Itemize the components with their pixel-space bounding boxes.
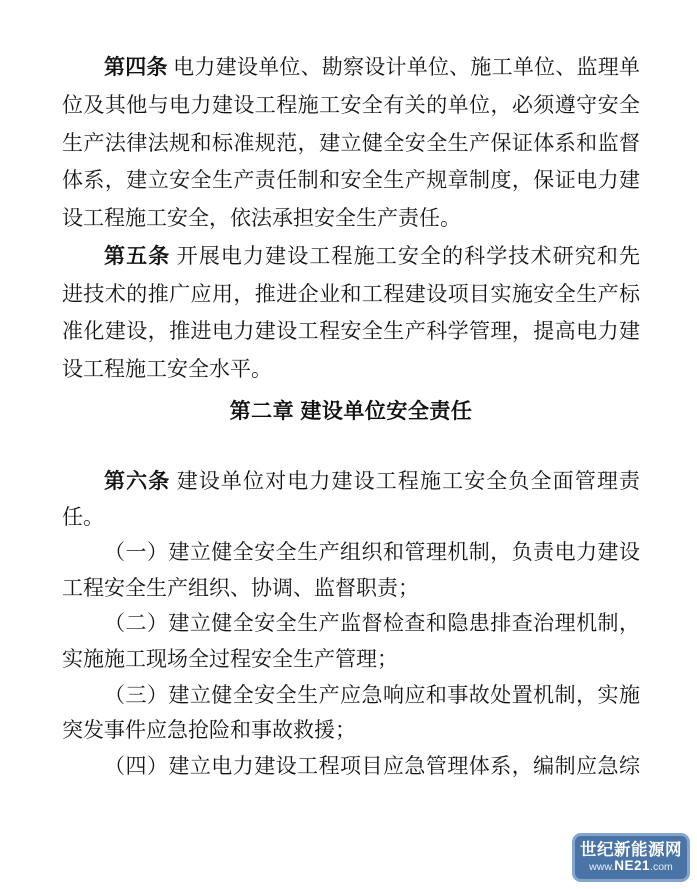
watermark-url-tld: .com [650,861,673,874]
text-line: 第五条 开展电力建设工程施工安全的科学技术研究和先 [62,238,640,276]
chapter-heading: 第二章 建设单位安全责任 [62,393,640,431]
watermark-url-name: NE21 [614,859,650,872]
document-page: 第四条 电力建设单位、勘察设计单位、施工单位、监理单位及其他与电力建设工程施工安… [0,0,697,889]
text-line: 设工程施工安全，依法承担安全生产责任。 [62,200,640,238]
text-line: （三）建立健全安全生产应急响应和事故处置机制，实施 [62,678,640,714]
text-line: 第六条 建设单位对电力建设工程施工安全负全面管理责 [62,464,640,500]
text-line: 进技术的推广应用，推进企业和工程建设项目实施安全生产标 [62,276,640,314]
article-number-label: 第五条 [104,245,170,268]
watermark-url: www.NE21.com [589,859,673,874]
text-line: （一）建立健全安全生产组织和管理机制，负责电力建设 [62,535,640,571]
article-number-label: 第四条 [104,56,168,79]
text-line: 实施施工现场全过程安全生产管理； [62,642,640,678]
text-line: 设工程施工安全水平。 [62,351,640,389]
text-line: 生产法律法规和标准规范，建立健全安全生产保证体系和监督 [62,125,640,163]
text-line: 第四条 电力建设单位、勘察设计单位、施工单位、监理单 [62,49,640,87]
text-line: 准化建设，推进电力建设工程安全生产科学管理，提高电力建 [62,313,640,351]
document-section-general: 第四条 电力建设单位、勘察设计单位、施工单位、监理单位及其他与电力建设工程施工安… [62,49,640,389]
text-line: 突发事件应急抢险和事故救援； [62,713,640,749]
text-line: 体系，建立安全生产责任制和安全生产规章制度，保证电力建 [62,162,640,200]
text-line: （四）建立电力建设工程项目应急管理体系，编制应急综 [62,749,640,785]
watermark-site-name: 世纪新能源网 [580,841,682,859]
text-line: 位及其他与电力建设工程施工安全有关的单位，必须遵守安全 [62,87,640,125]
document-section-chapter2: 第六条 建设单位对电力建设工程施工安全负全面管理责任。（一）建立健全安全生产组织… [62,464,640,784]
ne21-watermark-logo: 世纪新能源网 www.NE21.com [572,833,690,882]
text-line: （二）建立健全安全生产监督检查和隐患排查治理机制， [62,606,640,642]
article-number-label: 第六条 [104,470,170,493]
text-line: 工程安全生产组织、协调、监督职责； [62,571,640,607]
watermark-url-www: www. [589,861,614,874]
text-line: 任。 [62,500,640,536]
